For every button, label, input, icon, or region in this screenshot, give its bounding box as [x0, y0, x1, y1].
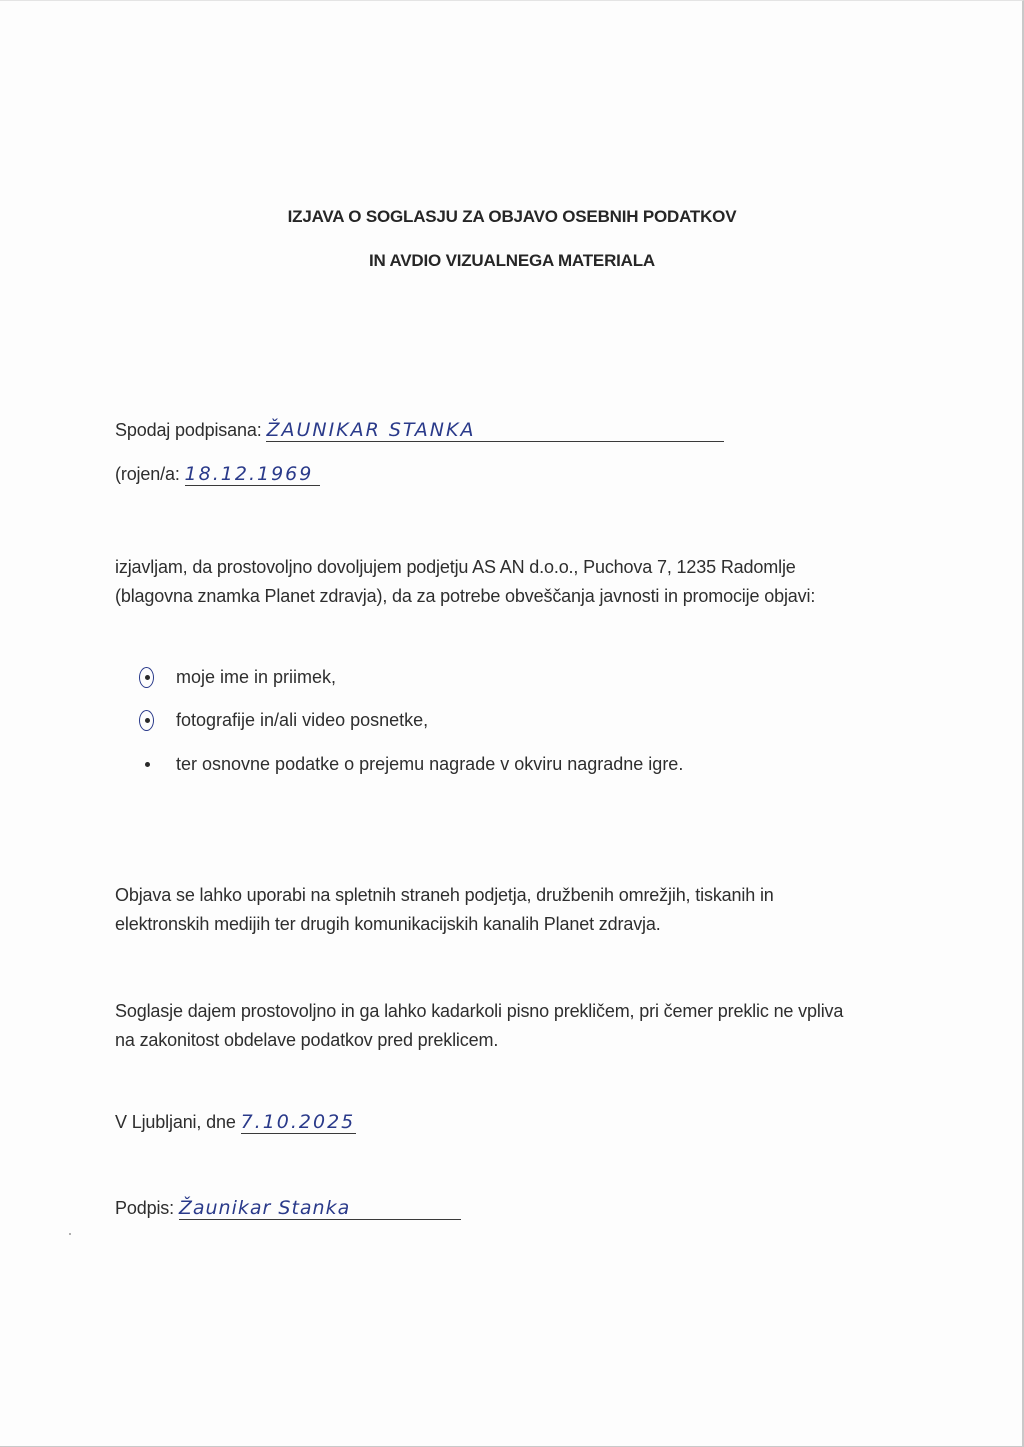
revocation-paragraph: Soglasje dajem prostovoljno in ga lahko …	[115, 997, 843, 1055]
consent-item-label: ter osnovne podatke o prejemu nagrade v …	[176, 752, 683, 776]
signee-handwritten-value: ŽAUNIKAR STANKA	[266, 419, 475, 441]
usage-line-1: Objava se lahko uporabi na spletnih stra…	[115, 881, 774, 910]
revocation-line-2: na zakonitost obdelave podatkov pred pre…	[115, 1026, 843, 1055]
birth-date-handwritten-value: 18.12.1969	[185, 463, 314, 485]
signee-row: Spodaj podpisana: ŽAUNIKAR STANKA	[115, 419, 724, 442]
revocation-line-1: Soglasje dajem prostovoljno in ga lahko …	[115, 997, 843, 1026]
scan-speck	[69, 1233, 71, 1235]
declaration-line-2: (blagovna znamka Planet zdravja), da za …	[115, 582, 815, 611]
date-field[interactable]: 7.10.2025	[241, 1111, 356, 1134]
document-page: IZJAVA O SOGLASJU ZA OBJAVO OSEBNIH PODA…	[0, 0, 1024, 1447]
declaration-line-1: izjavljam, da prostovoljno dovoljujem po…	[115, 553, 815, 582]
circled-bullet-icon	[142, 715, 153, 726]
signature-row: Podpis: Žaunikar Stanka	[115, 1197, 461, 1220]
bullet-icon	[142, 759, 153, 770]
place-date-label: V Ljubljani, dne	[115, 1112, 236, 1132]
birth-label: (rojen/a:	[115, 464, 180, 484]
birth-row: (rojen/a: 18.12.1969	[115, 463, 320, 486]
usage-line-2: elektronskih medijih ter drugih komunika…	[115, 910, 774, 939]
consent-item-label: moje ime in priimek,	[176, 665, 336, 689]
bullet-dot-icon	[145, 675, 150, 680]
declaration-paragraph: izjavljam, da prostovoljno dovoljujem po…	[115, 553, 815, 611]
date-handwritten-value: 7.10.2025	[241, 1111, 356, 1133]
signature-label: Podpis:	[115, 1198, 174, 1218]
signature-field[interactable]: Žaunikar Stanka	[179, 1197, 461, 1220]
signature-handwritten-value: Žaunikar Stanka	[179, 1197, 350, 1219]
circled-bullet-icon	[142, 672, 153, 683]
birth-date-field[interactable]: 18.12.1969	[185, 463, 320, 486]
signee-label: Spodaj podpisana:	[115, 420, 262, 440]
document-title-line-1: IZJAVA O SOGLASJU ZA OBJAVO OSEBNIH PODA…	[0, 207, 1024, 227]
usage-paragraph: Objava se lahko uporabi na spletnih stra…	[115, 881, 774, 939]
signee-field[interactable]: ŽAUNIKAR STANKA	[266, 419, 724, 442]
bullet-dot-icon	[145, 718, 150, 723]
place-date-row: V Ljubljani, dne 7.10.2025	[115, 1111, 356, 1134]
bullet-dot-icon	[145, 762, 150, 767]
document-title-line-2: IN AVDIO VIZUALNEGA MATERIALA	[0, 251, 1024, 271]
consent-item-label: fotografije in/ali video posnetke,	[176, 708, 428, 732]
